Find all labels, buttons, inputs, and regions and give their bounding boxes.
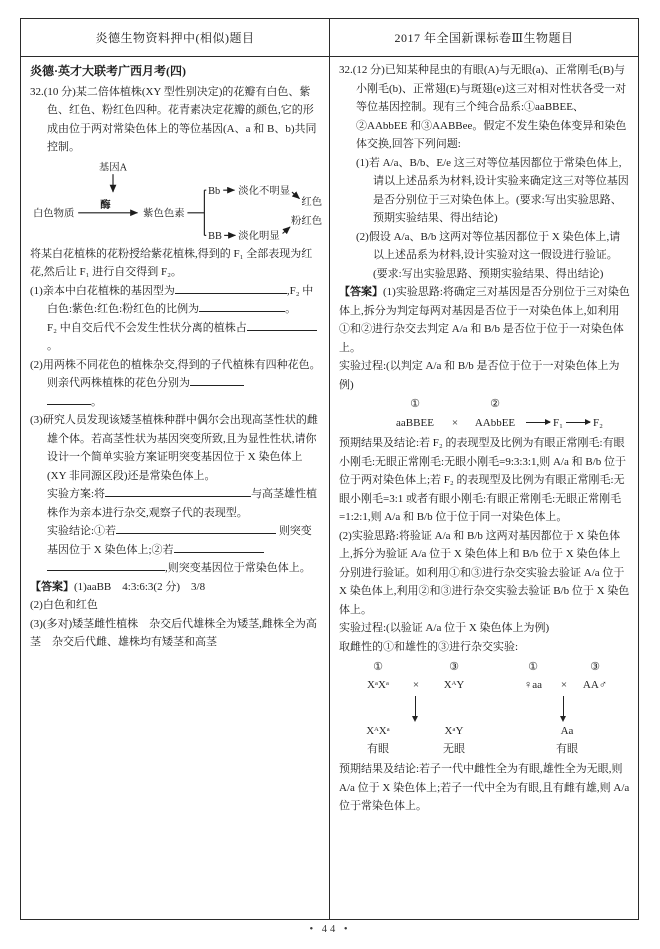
expected-result-2: 预期结果及结论:若子一代中雌性全为有眼,雄性全为无眼,则 A/a 位于 X 染色…	[339, 760, 630, 816]
page-number: • 44 •	[0, 924, 660, 935]
sub-question-1-right: (1)若 A/a、B/b、E/e 这三对等位基因都位于常染色体上,请以上述品系为…	[356, 154, 630, 228]
answer-blank	[116, 522, 276, 534]
answer-paragraph-2: (2)实验思路:将验证 A/a 和 B/b 这两对基因都位于 X 染色体上,拆分…	[339, 527, 630, 620]
cross-2-x-linked: ①③ XᵃXᵃ×XᴬY XᴬXᵃXᵃY 有眼无眼	[353, 658, 479, 758]
cross-sign: ×	[553, 676, 575, 694]
pigment-label: 紫色色素	[143, 206, 184, 219]
down-arrow-icon	[563, 696, 564, 720]
right-arrow-icon	[526, 422, 550, 423]
sub-question-1b: F₂ 中自交后代不会发生性状分离的植株占。	[47, 319, 321, 356]
left-column: 炎德·英才大联考广西月考(四) 32.(10 分)某二倍体植株(XY 型性别决定…	[21, 57, 330, 919]
q1-text: (1)亲本中白花植株的基因型为	[30, 285, 175, 297]
strain-3-label: ③	[429, 658, 479, 676]
right-column: 32.(12 分)已知某种昆虫的有眼(A)与无眼(a)、正常刚毛(B)与小刚毛(…	[330, 57, 638, 919]
procedure-1: 实验过程:(以判定 A/a 和 B/b 是否位于位于一对染色体上为例)	[339, 357, 630, 394]
answer-blank	[175, 282, 287, 294]
parent-genotype-1: ♀aa	[513, 676, 553, 694]
experiment-conclusion: 实验结论:①若 则突变基因位于 X 染色体上;②若 ,则突变基因位于常染色体上。	[47, 522, 321, 578]
cross-2-autosomal: ①③ ♀aa×AA♂ Aa 有眼	[513, 658, 621, 758]
genotype-bb-homo: BB	[208, 231, 222, 242]
phenotype-2: 无眼	[429, 740, 479, 758]
strain-1-label: ①	[513, 658, 553, 676]
strain-2-label: ②	[467, 395, 523, 414]
parent-genotype-1: XᵃXᵃ	[353, 676, 403, 694]
answer-blank	[105, 485, 251, 497]
cross-sign: ×	[443, 414, 467, 433]
answer-blank	[174, 541, 264, 553]
table-header-row: 炎德生物资料押中(相似)题目 2017 年全国新课标卷Ⅲ生物题目	[21, 19, 638, 57]
expected-result-1: 预期结果及结论:若 F₂ 的表现型及比例为有眼正常刚毛:有眼小刚毛:无眼正常刚毛…	[339, 434, 630, 527]
cross-sign: ×	[403, 676, 429, 694]
answer-paragraph-1: 【答案】(1)实验思路:将确定三对基因是否分别位于三对染色体上,拆分为判定每两对…	[339, 283, 630, 357]
answer-blank	[247, 319, 317, 331]
answer-label: 【答案】	[339, 286, 383, 298]
header-right-title: 2017 年全国新课标卷Ⅲ生物题目	[330, 19, 638, 56]
q1b-text: F₂ 中自交后代不会发生性状分离的植株占	[47, 322, 247, 334]
question-32-stem-right: 32.(12 分)已知某种昆虫的有眼(A)与无眼(a)、正常刚毛(B)与小刚毛(…	[339, 61, 630, 154]
answer-line-2: (2)白色和红色	[30, 596, 321, 615]
strain-1-label: ①	[387, 395, 443, 414]
question-32-stem: 32.(10 分)某二倍体植株(XY 型性别决定)的花瓣有白色、紫色、红色、粉红…	[30, 83, 321, 157]
answer-1-text: (1)实验思路:将确定三对基因是否分别位于三对染色体上,拆分为判定每两对基因是否…	[339, 286, 630, 354]
parent-genotype-2: AA♂	[575, 676, 615, 694]
pink-result-label: 粉红色	[291, 214, 322, 227]
flower-color-pathway-diagram: 基因A 白色物质 酶 紫色色素 Bb 淡化不明显 红色 BB 淡化明显 粉红	[32, 159, 324, 243]
parent-genotype-2: XᴬY	[429, 676, 479, 694]
gene-a-label: 基因A	[99, 160, 128, 173]
procedure-2: 实验过程:(以验证 A/a 位于 X 染色体上为例)	[339, 619, 630, 638]
q1-text: 。	[285, 303, 296, 315]
exam-sheet-frame: 炎德生物资料押中(相似)题目 2017 年全国新课标卷Ⅲ生物题目 炎德·英才大联…	[20, 18, 639, 920]
enzyme-label: 酶	[100, 198, 111, 211]
exam-source-title: 炎德·英才大联考广西月考(四)	[30, 62, 321, 81]
down-arrow-icon	[415, 696, 416, 720]
right-arrow-icon	[566, 422, 590, 423]
red-result-label: 红色	[301, 195, 322, 208]
answer-1-text: (1)aaBB 4:3:6:3(2 分) 3/8	[74, 581, 205, 593]
answer-blank	[199, 300, 285, 312]
sub-question-1: (1)亲本中白花植株的基因型为,F₂ 中白色:紫色:红色:粉红色的比例为。	[30, 282, 321, 319]
q2-text: (2)用两株不同花色的植株杂交,得到的子代植株有四种花色。则亲代两株植株的花色分…	[30, 359, 321, 390]
conclusion-text: ,则突变基因位于常染色体上。	[165, 562, 311, 574]
answer-blank	[47, 393, 91, 405]
strain-3-label: ③	[575, 658, 615, 676]
sub-question-2: (2)用两株不同花色的植株杂交,得到的子代植株有四种花色。则亲代两株植株的花色分…	[30, 356, 321, 412]
cross-2-intro: 取雌性的①和雄性的③进行杂交实验:	[339, 638, 630, 657]
cross-diagram-1: ①② aaBBEE×AAbbEEF₁F₂	[387, 395, 630, 433]
f1-label: F₁	[553, 417, 563, 429]
answer-blank	[190, 374, 244, 386]
strain-1-label: ①	[353, 658, 403, 676]
q1b-text: 。	[47, 340, 58, 352]
conclusion-text: 实验结论:①若	[47, 525, 116, 537]
q2-text: 。	[91, 396, 102, 408]
sub-question-3: (3)研究人员发现该矮茎植株种群中偶尔会出现高茎性状的雌雄个体。若高茎性状为基因…	[30, 411, 321, 485]
parent-genotype-2: AAbbEE	[467, 414, 523, 433]
answer-blank	[47, 559, 165, 571]
genotype-bb-hetero: Bb	[208, 185, 220, 196]
answer-label: 【答案】	[30, 581, 74, 593]
f2-label: F₂	[593, 417, 603, 429]
offspring-genotype: Aa	[513, 722, 621, 740]
answer-line-1: 【答案】(1)aaBB 4:3:6:3(2 分) 3/8	[30, 578, 321, 597]
plan-text: 实验方案:将	[47, 488, 105, 500]
parent-genotype-1: aaBBEE	[387, 414, 443, 433]
header-left-title: 炎德生物资料押中(相似)题目	[21, 19, 330, 56]
offspring-genotype-2: XᵃY	[429, 722, 479, 740]
experiment-plan: 实验方案:将与高茎雄性植株作为亲本进行杂交,观察子代的表现型。	[47, 485, 321, 522]
sub-question-2-right: (2)假设 A/a、B/b 这两对等位基因都位于 X 染色体上,请以上述品系为材…	[356, 228, 630, 284]
cross-diagram-2: ①③ XᵃXᵃ×XᴬY XᴬXᵃXᵃY 有眼无眼 ①③	[353, 658, 630, 758]
phenotype: 有眼	[513, 740, 621, 758]
cross-intro-paragraph: 将某白花植株的花粉授给紫花植株,得到的 F₁ 全部表现为红花,然后让 F₁ 进行…	[30, 245, 321, 282]
fade-slight-label: 淡化不明显	[238, 183, 290, 196]
phenotype-1: 有眼	[353, 740, 403, 758]
offspring-genotype-1: XᴬXᵃ	[353, 722, 403, 740]
fade-obvious-label: 淡化明显	[238, 229, 279, 242]
answer-line-3: (3)(多对)矮茎雌性植株 杂交后代雄株全为矮茎,雌株全为高茎 杂交后代雌、雄株…	[30, 615, 321, 652]
substrate-label: 白色物质	[33, 206, 75, 219]
